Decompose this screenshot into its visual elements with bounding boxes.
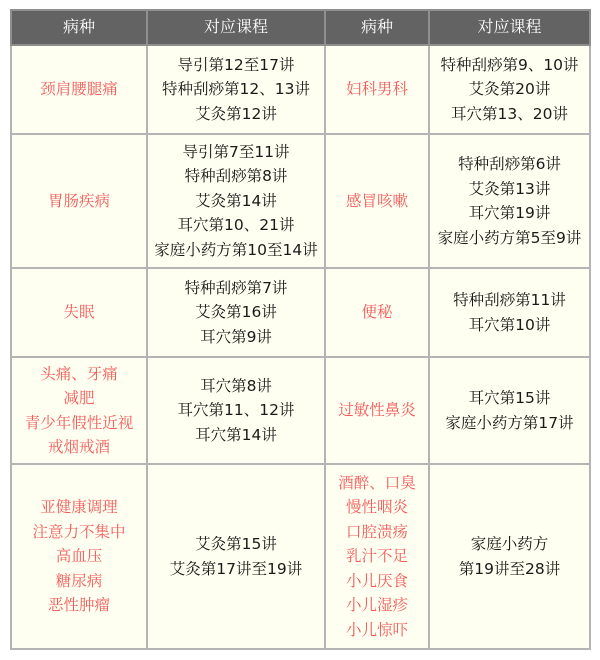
course-item: 艾灸第14讲 bbox=[148, 189, 324, 214]
course-cell: 导引第7至11讲 特种刮痧第8讲 艾灸第14讲 耳穴第10、21讲 家庭小药方第… bbox=[147, 134, 325, 268]
disease-name: 小儿湿疹 bbox=[326, 593, 428, 618]
disease-name: 失眠 bbox=[12, 300, 146, 325]
course-cell: 耳穴第8讲 耳穴第11、12讲 耳穴第14讲 bbox=[147, 357, 325, 464]
table-row: 胃肠疾病 导引第7至11讲 特种刮痧第8讲 艾灸第14讲 耳穴第10、21讲 家… bbox=[11, 134, 590, 268]
disease-cell: 感冒咳嗽 bbox=[325, 134, 429, 268]
table-row: 失眠 特种刮痧第7讲 艾灸第16讲 耳穴第9讲 便秘 特种刮痧第11讲 耳穴第1… bbox=[11, 268, 590, 357]
course-item: 艾灸第20讲 bbox=[430, 77, 589, 102]
disease-cell: 便秘 bbox=[325, 268, 429, 357]
course-item: 特种刮痧第12、13讲 bbox=[148, 77, 324, 102]
course-item: 耳穴第9讲 bbox=[148, 325, 324, 350]
course-cell: 耳穴第15讲 家庭小药方第17讲 bbox=[429, 357, 590, 464]
disease-name: 恶性肿瘤 bbox=[12, 593, 146, 618]
disease-cell: 酒醉、口臭 慢性咽炎 口腔溃疡 乳汁不足 小儿厌食 小儿湿疹 小儿惊吓 bbox=[325, 464, 429, 649]
course-cell: 艾灸第15讲 艾灸第17讲至19讲 bbox=[147, 464, 325, 649]
course-item: 家庭小药方第5至9讲 bbox=[430, 226, 589, 251]
course-item: 特种刮痧第7讲 bbox=[148, 276, 324, 301]
course-cell: 家庭小药方 第19讲至28讲 bbox=[429, 464, 590, 649]
disease-name: 感冒咳嗽 bbox=[326, 189, 428, 214]
header-disease-left: 病种 bbox=[11, 10, 147, 45]
disease-name: 头痛、牙痛 bbox=[12, 362, 146, 387]
course-item: 艾灸第12讲 bbox=[148, 102, 324, 127]
table-row: 头痛、牙痛 减肥 青少年假性近视 戒烟戒酒 耳穴第8讲 耳穴第11、12讲 耳穴… bbox=[11, 357, 590, 464]
disease-course-table: 病种 对应课程 病种 对应课程 颈肩腰腿痛 导引第12至17讲 特种刮痧第12、… bbox=[10, 9, 591, 650]
course-item: 耳穴第19讲 bbox=[430, 201, 589, 226]
course-cell: 特种刮痧第11讲 耳穴第10讲 bbox=[429, 268, 590, 357]
disease-name: 糖尿病 bbox=[12, 569, 146, 594]
disease-cell: 失眠 bbox=[11, 268, 147, 357]
disease-cell: 妇科男科 bbox=[325, 45, 429, 134]
course-item: 第19讲至28讲 bbox=[430, 557, 589, 582]
course-item: 家庭小药方 bbox=[430, 532, 589, 557]
course-cell: 特种刮痧第6讲 艾灸第13讲 耳穴第19讲 家庭小药方第5至9讲 bbox=[429, 134, 590, 268]
disease-name: 减肥 bbox=[12, 386, 146, 411]
disease-name: 注意力不集中 bbox=[12, 520, 146, 545]
disease-name: 青少年假性近视 bbox=[12, 411, 146, 436]
disease-name: 乳汁不足 bbox=[326, 544, 428, 569]
table-row: 颈肩腰腿痛 导引第12至17讲 特种刮痧第12、13讲 艾灸第12讲 妇科男科 … bbox=[11, 45, 590, 134]
course-item: 耳穴第11、12讲 bbox=[148, 398, 324, 423]
disease-name: 戒烟戒酒 bbox=[12, 435, 146, 460]
header-course-right: 对应课程 bbox=[429, 10, 590, 45]
disease-name: 过敏性鼻炎 bbox=[326, 398, 428, 423]
disease-cell: 颈肩腰腿痛 bbox=[11, 45, 147, 134]
disease-name: 口腔溃疡 bbox=[326, 520, 428, 545]
disease-cell: 亚健康调理 注意力不集中 高血压 糖尿病 恶性肿瘤 bbox=[11, 464, 147, 649]
course-item: 艾灸第17讲至19讲 bbox=[148, 557, 324, 582]
header-course-left: 对应课程 bbox=[147, 10, 325, 45]
course-item: 耳穴第8讲 bbox=[148, 374, 324, 399]
disease-name: 亚健康调理 bbox=[12, 495, 146, 520]
course-item: 特种刮痧第8讲 bbox=[148, 164, 324, 189]
course-cell: 特种刮痧第9、10讲 艾灸第20讲 耳穴第13、20讲 bbox=[429, 45, 590, 134]
course-item: 耳穴第14讲 bbox=[148, 423, 324, 448]
course-item: 特种刮痧第6讲 bbox=[430, 152, 589, 177]
disease-name: 小儿厌食 bbox=[326, 569, 428, 594]
disease-name: 小儿惊吓 bbox=[326, 618, 428, 643]
disease-name: 慢性咽炎 bbox=[326, 495, 428, 520]
course-item: 家庭小药方第10至14讲 bbox=[148, 238, 324, 263]
disease-name: 便秘 bbox=[326, 300, 428, 325]
disease-name: 妇科男科 bbox=[326, 77, 428, 102]
disease-name: 胃肠疾病 bbox=[12, 189, 146, 214]
course-item: 特种刮痧第9、10讲 bbox=[430, 53, 589, 78]
disease-cell: 过敏性鼻炎 bbox=[325, 357, 429, 464]
header-disease-right: 病种 bbox=[325, 10, 429, 45]
course-item: 特种刮痧第11讲 bbox=[430, 288, 589, 313]
table-row: 亚健康调理 注意力不集中 高血压 糖尿病 恶性肿瘤 艾灸第15讲 艾灸第17讲至… bbox=[11, 464, 590, 649]
course-item: 导引第12至17讲 bbox=[148, 53, 324, 78]
course-item: 耳穴第10讲 bbox=[430, 313, 589, 338]
header-row: 病种 对应课程 病种 对应课程 bbox=[11, 10, 590, 45]
course-item: 耳穴第13、20讲 bbox=[430, 102, 589, 127]
course-item: 艾灸第15讲 bbox=[148, 532, 324, 557]
course-item: 耳穴第10、21讲 bbox=[148, 213, 324, 238]
disease-name: 酒醉、口臭 bbox=[326, 471, 428, 496]
course-cell: 特种刮痧第7讲 艾灸第16讲 耳穴第9讲 bbox=[147, 268, 325, 357]
disease-name: 高血压 bbox=[12, 544, 146, 569]
course-item: 耳穴第15讲 bbox=[430, 386, 589, 411]
course-item: 艾灸第13讲 bbox=[430, 177, 589, 202]
disease-cell: 头痛、牙痛 减肥 青少年假性近视 戒烟戒酒 bbox=[11, 357, 147, 464]
disease-name: 颈肩腰腿痛 bbox=[12, 77, 146, 102]
course-item: 导引第7至11讲 bbox=[148, 140, 324, 165]
course-item: 艾灸第16讲 bbox=[148, 300, 324, 325]
course-item: 家庭小药方第17讲 bbox=[430, 411, 589, 436]
course-cell: 导引第12至17讲 特种刮痧第12、13讲 艾灸第12讲 bbox=[147, 45, 325, 134]
disease-cell: 胃肠疾病 bbox=[11, 134, 147, 268]
